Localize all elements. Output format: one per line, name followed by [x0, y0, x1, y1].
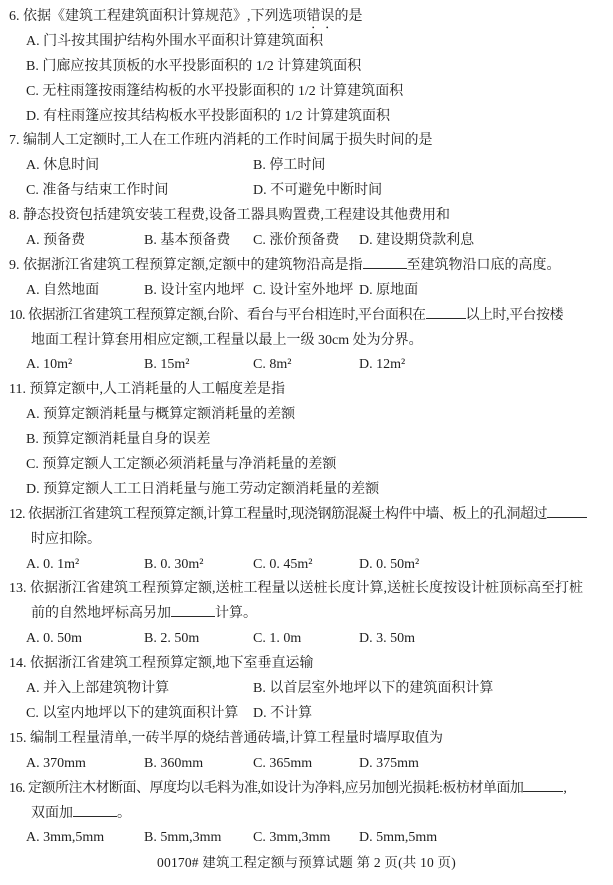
question-7-option-c: C. 准备与结束工作时间 — [26, 179, 253, 204]
question-13-option-a: A. 0. 50m — [26, 627, 144, 652]
fill-in-blank — [73, 803, 117, 817]
question-13-stem-line-2: 前的自然地坪标高另加计算。 — [0, 602, 613, 627]
question-9-options: A. 自然地面 B. 设计室内地坪 C. 设计室外地坪 D. 原地面 — [0, 279, 613, 304]
question-15-options: A. 370mm B. 360mm C. 365mm D. 375mm — [0, 752, 613, 777]
fill-in-blank — [171, 603, 215, 617]
question-16-options: A. 3mm,5mm B. 5mm,3mm C. 3mm,3mm D. 5mm,… — [0, 826, 613, 851]
question-10-option-d: D. 12m² — [359, 353, 613, 378]
question-12-option-c: C. 0. 45m² — [253, 553, 359, 578]
question-9-stem-pre: 9. 依据浙江省建筑工程预算定额,定额中的建筑物沿高是指 — [9, 258, 363, 273]
question-14-option-c: C. 以室内地坪以下的建筑面积计算 — [26, 702, 253, 727]
question-12-stem-line-2: 时应扣除。 — [0, 528, 613, 553]
question-9-option-a: A. 自然地面 — [26, 279, 144, 304]
question-16-option-d: D. 5mm,5mm — [359, 826, 613, 851]
question-13-stem-line-1: 13. 依据浙江省建筑工程预算定额,送桩工程量以送桩长度计算,送桩长度按设计桩顶… — [0, 577, 613, 602]
question-9-stem: 9. 依据浙江省建筑工程预算定额,定额中的建筑物沿高是指至建筑物沿口底的高度。 — [0, 254, 613, 279]
question-12-option-a: A. 0. 1m² — [26, 553, 144, 578]
question-8-stem: 8. 静态投资包括建筑安装工程费,设备工器具购置费,工程建设其他费用和 — [0, 204, 613, 229]
question-16-option-b: B. 5mm,3mm — [144, 826, 253, 851]
question-11-option-a: A. 预算定额消耗量与概算定额消耗量的差额 — [0, 403, 613, 428]
question-11-option-c: C. 预算定额人工定额必须消耗量与净消耗量的差额 — [0, 453, 613, 478]
question-11-option-b: B. 预算定额消耗量自身的误差 — [0, 428, 613, 453]
question-15-stem: 15. 编制工程量清单,一砖半厚的烧结普通砖墙,计算工程量时墙厚取值为 — [0, 727, 613, 752]
question-10-options: A. 10m² B. 15m² C. 8m² D. 12m² — [0, 353, 613, 378]
question-10-stem-mid: 以上时,平台按楼 — [466, 308, 564, 323]
question-10-option-b: B. 15m² — [144, 353, 253, 378]
question-9-option-c: C. 设计室外地坪 — [253, 279, 359, 304]
question-16-stem2-pre: 双面加 — [31, 806, 73, 821]
question-10-stem-pre: 10. 依据浙江省建筑工程预算定额,台阶、看台与平台相连时,平台面积在 — [9, 308, 426, 323]
question-6-stem: 6. 依据《建筑工程建筑面积计算规范》,下列选项错误的是 — [0, 5, 613, 30]
question-8-option-b: B. 基本预备费 — [144, 229, 253, 254]
question-15-option-d: D. 375mm — [359, 752, 613, 777]
question-7-options-row-1: A. 休息时间 B. 停工时间 — [0, 154, 613, 179]
fill-in-blank — [523, 778, 563, 792]
question-14-options-row-1: A. 并入上部建筑物计算 B. 以首层室外地坪以下的建筑面积计算 — [0, 677, 613, 702]
question-8-option-c: C. 涨价预备费 — [253, 229, 359, 254]
question-7-option-b: B. 停工时间 — [253, 154, 613, 179]
question-6-stem-pre: 6. 依据《建筑工程建筑面积计算规范》,下列选项 — [9, 9, 307, 24]
question-6-stem-post: 的是 — [335, 9, 363, 24]
question-6-stem-emphasis: 错误 — [307, 9, 335, 24]
question-7-option-a: A. 休息时间 — [26, 154, 253, 179]
question-13-stem2-post: 计算。 — [215, 606, 257, 621]
question-7-options-row-2: C. 准备与结束工作时间 D. 不可避免中断时间 — [0, 179, 613, 204]
fill-in-blank — [547, 504, 587, 518]
question-9-stem-post: 至建筑物沿口底的高度。 — [407, 258, 561, 273]
question-7-option-d: D. 不可避免中断时间 — [253, 179, 613, 204]
fill-in-blank — [363, 255, 407, 269]
question-12-option-b: B. 0. 30m² — [144, 553, 253, 578]
question-14-option-b: B. 以首层室外地坪以下的建筑面积计算 — [253, 677, 613, 702]
question-9-option-b: B. 设计室内地坪 — [144, 279, 253, 304]
page-footer: 00170# 建筑工程定额与预算试题 第 2 页(共 10 页) — [0, 851, 613, 876]
question-16-option-a: A. 3mm,5mm — [26, 826, 144, 851]
question-6-option-b: B. 门廊应按其顶板的水平投影面积的 1/2 计算建筑面积 — [0, 55, 613, 80]
question-10-option-a: A. 10m² — [26, 353, 144, 378]
question-14-option-d: D. 不计算 — [253, 702, 613, 727]
exam-page: 6. 依据《建筑工程建筑面积计算规范》,下列选项错误的是 A. 门斗按其围护结构… — [0, 0, 613, 885]
question-6-option-a: A. 门斗按其围护结构外围水平面积计算建筑面积 — [0, 30, 613, 55]
question-12-options: A. 0. 1m² B. 0. 30m² C. 0. 45m² D. 0. 50… — [0, 553, 613, 578]
question-11-stem: 11. 预算定额中,人工消耗量的人工幅度差是指 — [0, 378, 613, 403]
question-10-stem-line-2: 地面工程计算套用相应定额,工程量以最上一级 30cm 处为分界。 — [0, 329, 613, 354]
question-7-stem: 7. 编制人工定额时,工人在工作班内消耗的工作时间属于损失时间的是 — [0, 129, 613, 154]
question-13-option-c: C. 1. 0m — [253, 627, 359, 652]
question-8-option-d: D. 建设期贷款利息 — [359, 229, 613, 254]
question-11-option-d: D. 预算定额人工工日消耗量与施工劳动定额消耗量的差额 — [0, 478, 613, 503]
question-16-stem-pre: 16. 定额所注木材断面、厚度均以毛料为准,如设计为净料,应另加刨光损耗:板枋材… — [9, 781, 523, 796]
question-13-options: A. 0. 50m B. 2. 50m C. 1. 0m D. 3. 50m — [0, 627, 613, 652]
question-10-option-c: C. 8m² — [253, 353, 359, 378]
question-14-options-row-2: C. 以室内地坪以下的建筑面积计算 D. 不计算 — [0, 702, 613, 727]
question-16-stem-line-1: 16. 定额所注木材断面、厚度均以毛料为准,如设计为净料,应另加刨光损耗:板枋材… — [0, 777, 613, 802]
question-15-option-c: C. 365mm — [253, 752, 359, 777]
question-10-stem-line-1: 10. 依据浙江省建筑工程预算定额,台阶、看台与平台相连时,平台面积在以上时,平… — [0, 304, 613, 329]
question-14-stem: 14. 依据浙江省建筑工程预算定额,地下室垂直运输 — [0, 652, 613, 677]
question-6-option-d: D. 有柱雨篷应按其结构板水平投影面积的 1/2 计算建筑面积 — [0, 105, 613, 130]
question-12-stem-pre: 12. 依据浙江省建筑工程预算定额,计算工程量时,现浇钢筋混凝土构件中墙、板上的… — [9, 507, 547, 522]
question-12-option-d: D. 0. 50m² — [359, 553, 613, 578]
question-15-option-a: A. 370mm — [26, 752, 144, 777]
question-15-option-b: B. 360mm — [144, 752, 253, 777]
question-9-option-d: D. 原地面 — [359, 279, 613, 304]
question-14-option-a: A. 并入上部建筑物计算 — [26, 677, 253, 702]
question-16-stem2-post: 。 — [117, 806, 131, 821]
question-13-option-b: B. 2. 50m — [144, 627, 253, 652]
fill-in-blank — [426, 305, 466, 319]
question-8-options: A. 预备费 B. 基本预备费 C. 涨价预备费 D. 建设期贷款利息 — [0, 229, 613, 254]
question-16-stem-mid: , — [563, 781, 566, 796]
question-12-stem-line-1: 12. 依据浙江省建筑工程预算定额,计算工程量时,现浇钢筋混凝土构件中墙、板上的… — [0, 503, 613, 528]
question-13-stem2-pre: 前的自然地坪标高另加 — [31, 606, 171, 621]
question-8-option-a: A. 预备费 — [26, 229, 144, 254]
question-16-stem-line-2: 双面加。 — [0, 802, 613, 827]
question-13-option-d: D. 3. 50m — [359, 627, 613, 652]
question-6-option-c: C. 无柱雨篷按雨篷结构板的水平投影面积的 1/2 计算建筑面积 — [0, 80, 613, 105]
question-16-option-c: C. 3mm,3mm — [253, 826, 359, 851]
